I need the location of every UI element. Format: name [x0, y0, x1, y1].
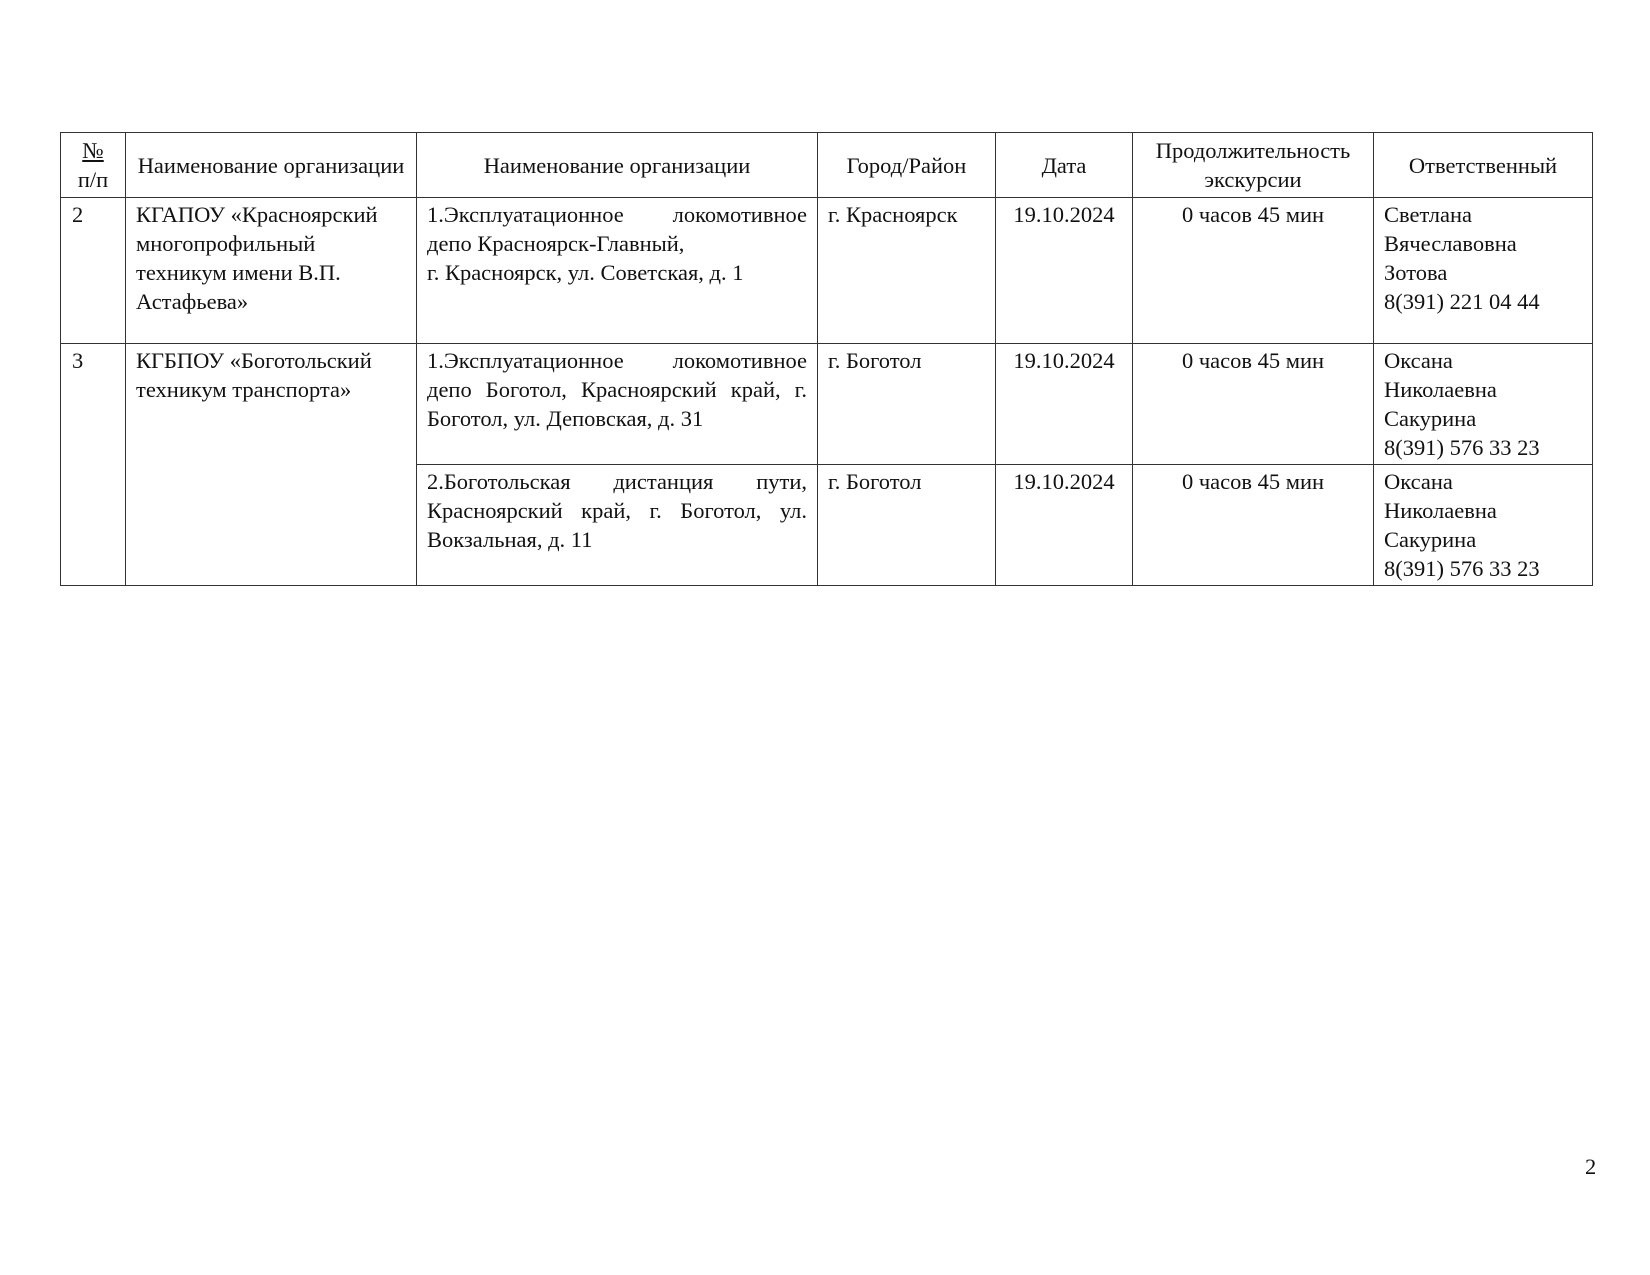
responsible-cell: Светлана Вячеславовна Зотова 8(391) 221 …: [1374, 198, 1593, 344]
header-responsible: Ответственный: [1374, 133, 1593, 198]
city-cell: г. Боготол: [818, 465, 996, 586]
responsible-middle-name: Николаевна: [1384, 496, 1582, 525]
responsible-phone: 8(391) 576 33 23: [1384, 554, 1582, 583]
object-name-cell: 1.Эксплуатационное локомотивное депо Кра…: [417, 198, 818, 344]
date-cell: 19.10.2024: [996, 344, 1133, 465]
header-city: Город/Район: [818, 133, 996, 198]
responsible-cell: Оксана Николаевна Сакурина 8(391) 576 33…: [1374, 465, 1593, 586]
table-row: 2 КГАПОУ «Красноярский многопрофильный т…: [61, 198, 1593, 344]
excursion-table: № п/п Наименование организации Наименова…: [60, 132, 1593, 586]
header-duration: Продолжительность экскурсии: [1133, 133, 1374, 198]
header-object-name: Наименование организации: [417, 133, 818, 198]
responsible-middle-name: Вячеславовна: [1384, 229, 1582, 258]
object-name-text: 1.Эксплуатационное локомотивное депо Кра…: [427, 202, 807, 285]
object-name-text: 2.Боготольская дистанция пути, Красноярс…: [427, 469, 807, 552]
header-date: Дата: [996, 133, 1133, 198]
object-name-text: 1.Эксплуатационное локомотивное депо Бог…: [427, 348, 807, 431]
duration-cell: 0 часов 45 мин: [1133, 465, 1374, 586]
header-number: № п/п: [61, 133, 126, 198]
responsible-phone: 8(391) 576 33 23: [1384, 433, 1582, 462]
responsible-last-name: Сакурина: [1384, 404, 1582, 433]
responsible-phone: 8(391) 221 04 44: [1384, 287, 1582, 316]
table-row: 3 КГБПОУ «Боготольский техникум транспор…: [61, 344, 1593, 465]
city-cell: г. Боготол: [818, 344, 996, 465]
table-header-row: № п/п Наименование организации Наименова…: [61, 133, 1593, 198]
object-name-cell: 2.Боготольская дистанция пути, Красноярс…: [417, 465, 818, 586]
responsible-last-name: Зотова: [1384, 258, 1582, 287]
header-number-symbol: №: [67, 136, 119, 165]
responsible-last-name: Сакурина: [1384, 525, 1582, 554]
responsible-first-name: Светлана: [1384, 200, 1582, 229]
duration-cell: 0 часов 45 мин: [1133, 344, 1374, 465]
date-cell: 19.10.2024: [996, 465, 1133, 586]
city-cell: г. Красноярск: [818, 198, 996, 344]
page-number: 2: [1585, 1152, 1596, 1181]
date-cell: 19.10.2024: [996, 198, 1133, 344]
responsible-first-name: Оксана: [1384, 467, 1582, 496]
responsible-cell: Оксана Николаевна Сакурина 8(391) 576 33…: [1374, 344, 1593, 465]
object-name-cell: 1.Эксплуатационное локомотивное депо Бог…: [417, 344, 818, 465]
responsible-first-name: Оксана: [1384, 346, 1582, 375]
header-number-label: п/п: [78, 167, 108, 192]
responsible-middle-name: Николаевна: [1384, 375, 1582, 404]
header-org-name: Наименование организации: [126, 133, 417, 198]
org-name-cell: КГБПОУ «Боготольский техникум транспорта…: [126, 344, 417, 586]
duration-cell: 0 часов 45 мин: [1133, 198, 1374, 344]
org-name-cell: КГАПОУ «Красноярский многопрофильный тех…: [126, 198, 417, 344]
row-number: 3: [61, 344, 126, 586]
row-number: 2: [61, 198, 126, 344]
